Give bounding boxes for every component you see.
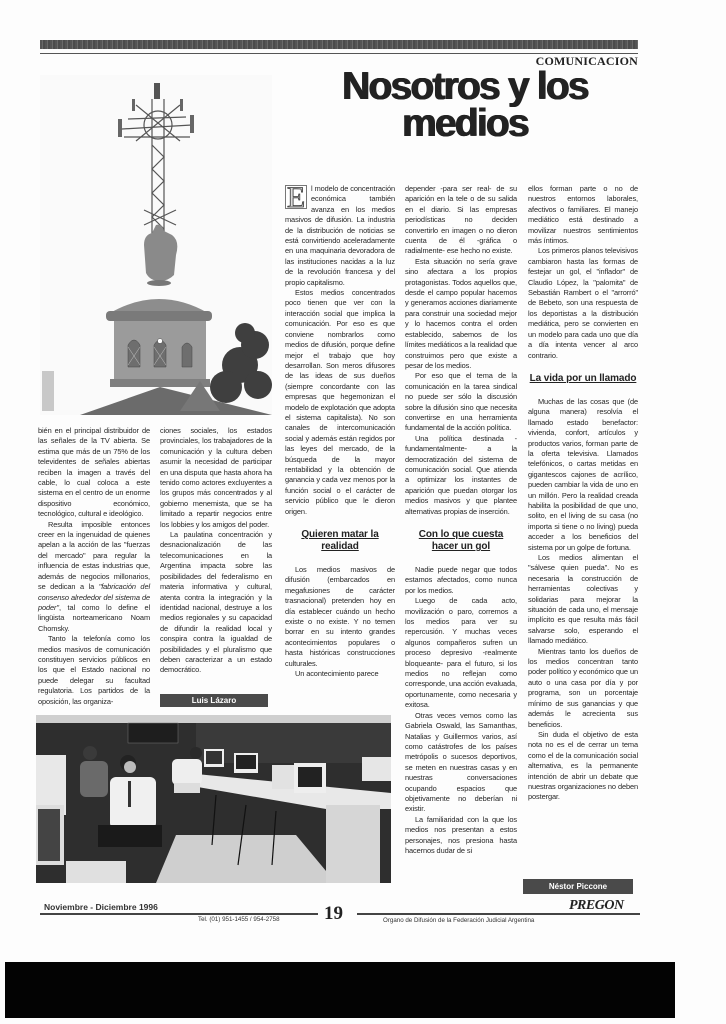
headline: Nosotros y los medios (300, 68, 630, 142)
paragraph: Otras veces vemos como las Gabriela Oswa… (405, 711, 517, 815)
paragraph: bién en el principal distribuidor de las… (38, 426, 150, 520)
byline-nestor-piccone: Néstor Piccone (523, 879, 633, 894)
paragraph: Nadie puede negar que todos estamos afec… (405, 565, 517, 596)
paragraph: La paulatina concentración y desnacional… (160, 530, 272, 676)
newspaper-page: COMUNICACION Nosotros y los medios (0, 0, 726, 1024)
office-illustration (36, 715, 391, 883)
photo-office-computers (36, 715, 391, 883)
publication-organization: Organo de Difusión de la Federación Judi… (383, 917, 534, 924)
byline-luis-lazaro: Luis Lázaro (160, 694, 268, 707)
page-number: 19 (324, 903, 343, 925)
article-column-5: ellos forman parte o no de nuestros ento… (528, 184, 638, 803)
paragraph: Mientras tanto los dueños de los medios … (528, 647, 638, 730)
paragraph: ciones sociales, los estados provinciale… (160, 426, 272, 530)
issue-date: Noviembre - Diciembre 1996 (44, 902, 158, 912)
drop-cap: E (285, 185, 307, 209)
paragraph: Los primeros planos televisivos cambiaro… (528, 246, 638, 360)
paragraph: Por eso que el tema de la comunicación e… (405, 371, 517, 433)
paragraph: ellos forman parte o no de nuestros ento… (528, 184, 638, 246)
paragraph: Los medios masivos de difusión (embarcad… (285, 565, 395, 669)
paragraph: Tanto la telefonía como los medios masiv… (38, 634, 150, 707)
pregon-logo: PREGON (569, 898, 624, 914)
footer-rule (40, 913, 318, 915)
article-column-4: depender -para ser real- de su aparición… (405, 184, 517, 856)
paragraph: Una política destinada -fundamentalmente… (405, 434, 517, 517)
article-column-2: ciones sociales, los estados provinciale… (160, 426, 272, 676)
photo-church-antenna (40, 75, 272, 415)
subheading: Con lo que cuesta hacer un gol (405, 529, 517, 553)
phone-number: Tel. (01) 951-1455 / 954-2758 (198, 916, 280, 923)
article-column-3: E l modelo de concentración económica ta… (285, 184, 395, 679)
top-decorative-bar (40, 40, 638, 49)
subheading: La vida por un llamado (528, 373, 638, 385)
scan-black-band (5, 962, 675, 1018)
paragraph: Luego de cada acto, movilización o paro,… (405, 596, 517, 710)
paragraph: Un acontecimiento parece (285, 669, 395, 679)
paragraph: Los medios alimentan el "sálvese quien p… (528, 553, 638, 647)
paragraph: depender -para ser real- de su aparición… (405, 184, 517, 257)
paragraph: Muchas de las cosas que (de alguna maner… (528, 397, 638, 553)
paragraph: Estos medios concentrados poco tienen qu… (285, 288, 395, 517)
paragraph: Esta situación no sería grave sino afect… (405, 257, 517, 371)
article-column-1: bién en el principal distribuidor de las… (38, 426, 150, 707)
subheading: Quieren matar la realidad (285, 529, 395, 553)
church-antenna-illustration (40, 75, 272, 415)
paragraph: Sin duda el objetivo de esta nota no es … (528, 730, 638, 803)
paragraph: La familiaridad con la que los medios no… (405, 815, 517, 857)
paragraph: Resulta imposible entonces creer en la i… (38, 520, 150, 634)
